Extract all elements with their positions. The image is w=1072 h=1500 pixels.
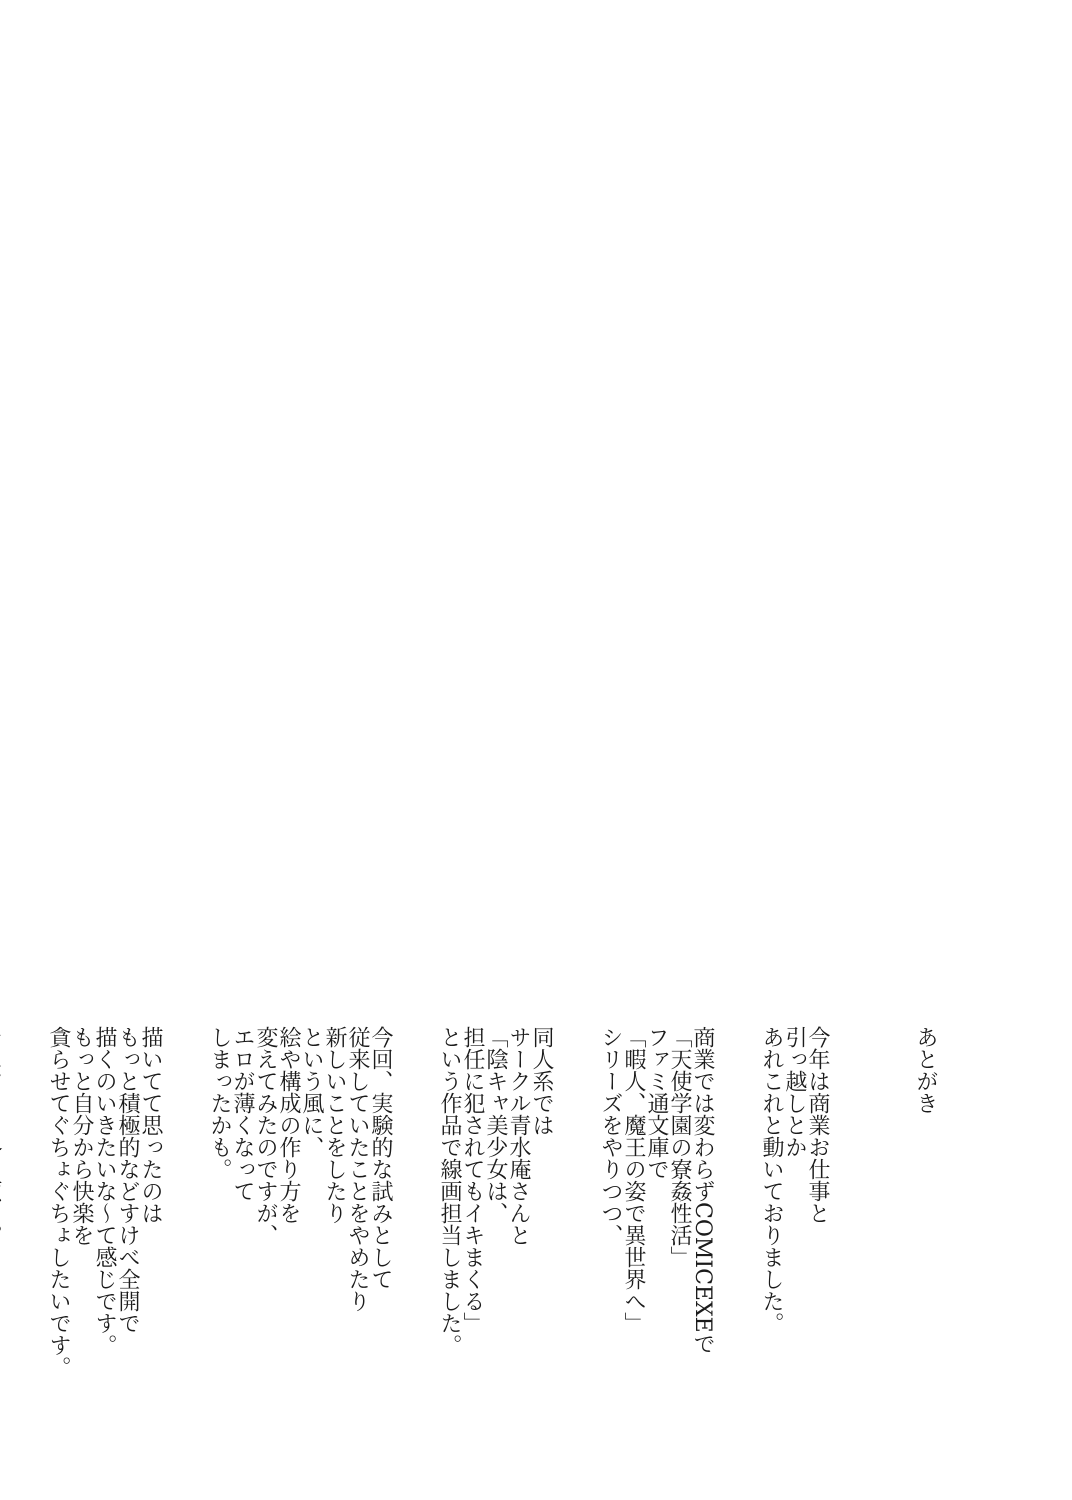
afterword-text-block: あとがき 今年は商業お仕事と 引っ越しとか あれこれと動いておりました。 商業で… <box>0 1026 960 1406</box>
afterword-paragraph-6: では、また冬の頃に。 <box>0 1026 1 1406</box>
afterword-paragraph-1: 今年は商業お仕事と 引っ越しとか あれこれと動いておりました。 <box>760 1026 829 1406</box>
afterword-paragraph-3: 同人系では サークル青水庵さんと 「陰キャ美少女は、 担任に犯されてもイキまくる… <box>438 1026 553 1406</box>
afterword-paragraph-2: 商業では変わらずCOMICEXEで 「天使学園の寮姦性活」 ファミ通文庫で 「暇… <box>599 1026 714 1406</box>
afterword-title: あとがき <box>914 1026 937 1406</box>
afterword-page: あとがき 今年は商業お仕事と 引っ越しとか あれこれと動いておりました。 商業で… <box>0 0 1072 1500</box>
afterword-paragraph-4: 今回、実験的な試みとして 従来していたことをやめたり 新しいことをしたり という… <box>208 1026 392 1406</box>
afterword-paragraph-5: 描いてて思ったのは もっと積極的などすけべ全開で 描くのいきたいな〜て感じです。… <box>47 1026 162 1406</box>
